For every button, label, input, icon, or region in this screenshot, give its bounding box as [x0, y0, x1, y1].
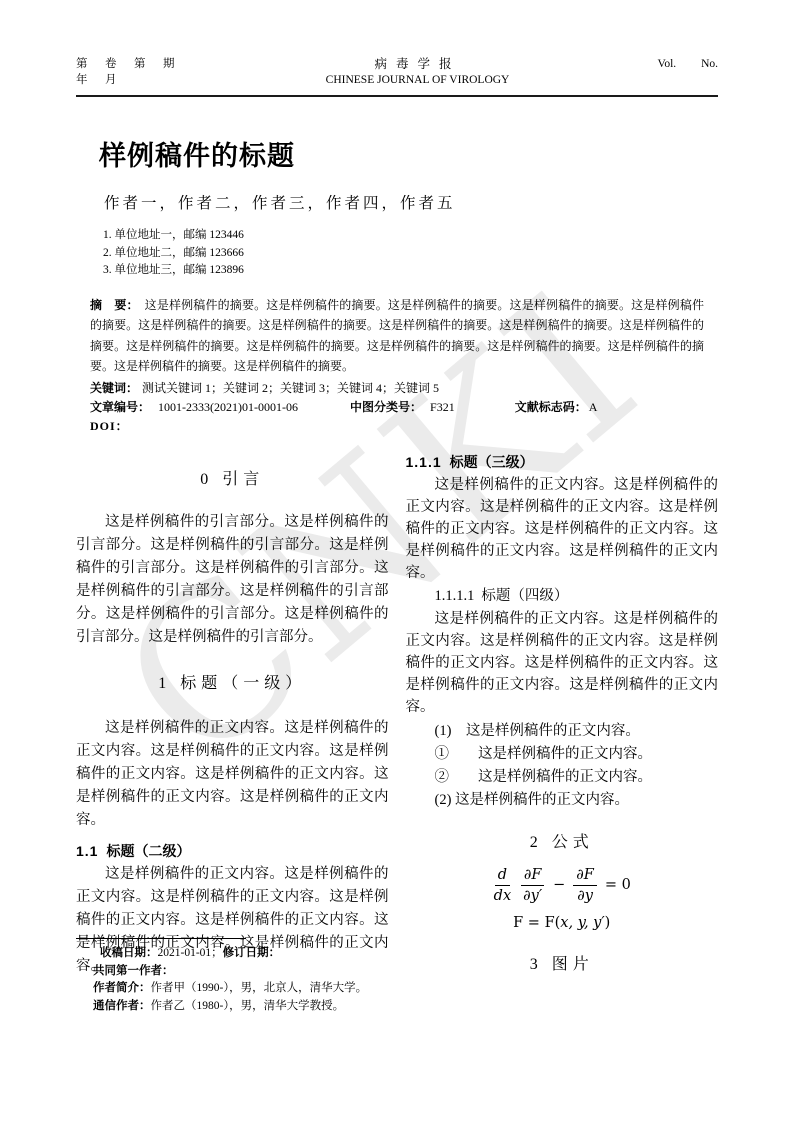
page-content: 第 卷 第 期 年 月 病毒学报 CHINESE JOURNAL OF VIRO…	[0, 0, 794, 978]
keywords-label: 关键词：	[90, 381, 138, 395]
fraction-dF-dyprime: ∂F∂y′	[520, 867, 545, 904]
abstract-label: 摘 要：	[90, 298, 139, 312]
denominator: dx	[491, 886, 514, 904]
list-item-2: (2) 这是样例稿件的正文内容。	[406, 789, 719, 812]
received-date-label: 收稿日期：	[100, 947, 158, 959]
author-bio-line: 作者简介：作者甲（1990-），男，北京人，清华大学。	[76, 980, 718, 998]
minus-operator: −	[553, 877, 565, 893]
section-heading-level1: 1标题（一级）	[76, 674, 389, 694]
received-date-line: 收稿日期：2021-01-01；修订日期：	[76, 945, 718, 963]
section-title: 标题（三级）	[450, 454, 534, 470]
section-title: 公式	[552, 834, 594, 851]
section-number: 1.1	[76, 843, 98, 859]
body-paragraph: 这是样例稿件的正文内容。这是样例稿件的正文内容。这是样例稿件的正文内容。这是样例…	[406, 608, 719, 718]
article-number-label: 文章编号：	[90, 400, 150, 414]
formula-prefix: F = F(	[513, 915, 560, 931]
list-item-1: (1) 这是样例稿件的正文内容。	[406, 720, 719, 743]
article-meta: 文章编号：1001-2333(2021)01-0001-06中图分类号：F321…	[90, 398, 704, 417]
formula-suffix: )	[605, 915, 611, 931]
affiliation-3: 3. 单位地址三，邮编 123896	[103, 262, 718, 280]
fraction-d-dx: ddx	[491, 867, 514, 904]
section-title: 标题（二级）	[106, 843, 190, 859]
denominator: ∂y	[574, 886, 596, 904]
equation-euler-lagrange: ddx ∂F∂y′ − ∂F∂y = 0	[406, 867, 719, 904]
section-heading-level2: 1.1标题（二级）	[76, 841, 389, 862]
right-column: 1.1.1标题（三级） 这是样例稿件的正文内容。这是样例稿件的正文内容。这是样例…	[406, 452, 719, 978]
doi-label: DOI：	[90, 419, 129, 433]
two-column-body: 0引言 这是样例稿件的引言部分。这是样例稿件的引言部分。这是样例稿件的引言部分。…	[76, 452, 718, 978]
left-column: 0引言 这是样例稿件的引言部分。这是样例稿件的引言部分。这是样例稿件的引言部分。…	[76, 452, 389, 978]
formula-variables: x, y, y′	[560, 915, 604, 931]
section-number: 1	[158, 675, 166, 692]
abstract: 摘 要：这是样例稿件的摘要。这是样例稿件的摘要。这是样例稿件的摘要。这是样例稿件…	[90, 295, 704, 377]
section-heading-formulas: 2公式	[406, 833, 719, 853]
section-title: 标题（四级）	[481, 588, 568, 604]
section-number: 1.1.1.1	[435, 588, 475, 604]
keywords-text: 测试关键词 1；关键词 2；关键词 3；关键词 4；关键词 5	[142, 381, 439, 395]
affiliations: 1. 单位地址一，邮编 123446 2. 单位地址二，邮编 123666 3.…	[103, 227, 718, 280]
doc-code-value: A	[589, 400, 598, 414]
section-heading-level4: 1.1.1.1标题（四级）	[406, 585, 719, 607]
date-line: 年 月	[76, 72, 178, 88]
footnote-block: 收稿日期：2021-01-01；修订日期： 共同第一作者： 作者简介：作者甲（1…	[76, 938, 718, 1015]
section-number: 0	[200, 471, 208, 488]
keywords: 关键词：测试关键词 1；关键词 2；关键词 3；关键词 4；关键词 5	[90, 378, 704, 398]
vol-label: Vol.	[658, 56, 677, 72]
corresponding-author-label: 通信作者：	[93, 1000, 151, 1012]
fraction-dF-dy: ∂F∂y	[573, 867, 597, 904]
issue-line: 第 卷 第 期	[76, 56, 178, 72]
numerator: d	[495, 867, 510, 886]
affiliation-2: 2. 单位地址二，邮编 123666	[103, 245, 718, 263]
denominator: ∂y′	[520, 886, 545, 904]
corresponding-author-line: 通信作者：作者乙（1980-），男，清华大学教授。	[76, 998, 718, 1016]
no-label: No.	[701, 56, 718, 72]
doc-code-group: 文献标志码：A	[515, 400, 598, 414]
doi-line: DOI：	[90, 417, 704, 436]
section-number: 2	[530, 834, 538, 851]
introduction-paragraph: 这是样例稿件的引言部分。这是样例稿件的引言部分。这是样例稿件的引言部分。这是样例…	[76, 511, 389, 649]
co-first-author-label: 共同第一作者：	[93, 965, 174, 977]
section-title: 引言	[222, 471, 264, 488]
equation-F-definition: F = F(x, y, y′)	[406, 912, 719, 934]
numbered-list: (1) 这是样例稿件的正文内容。 ① 这是样例稿件的正文内容。 ② 这是样例稿件…	[406, 720, 719, 812]
volume-block: Vol. No.	[658, 56, 718, 72]
list-item-circled-1: ① 这是样例稿件的正文内容。	[406, 743, 719, 766]
journal-title-en: CHINESE JOURNAL OF VIROLOGY	[326, 72, 510, 88]
article-title: 样例稿件的标题	[99, 141, 718, 171]
journal-running-head: 第 卷 第 期 年 月 病毒学报 CHINESE JOURNAL OF VIRO…	[76, 56, 718, 97]
section-heading-introduction: 0引言	[76, 470, 389, 490]
list-item-circled-2: ② 这是样例稿件的正文内容。	[406, 766, 719, 789]
body-paragraph: 这是样例稿件的正文内容。这是样例稿件的正文内容。这是样例稿件的正文内容。这是样例…	[76, 717, 389, 832]
numerator: ∂F	[521, 867, 545, 886]
footnote-rule	[76, 938, 246, 939]
section-number: 1.1.1	[406, 454, 442, 470]
clc-label: 中图分类号：	[350, 400, 422, 414]
journal-title-cn: 病毒学报	[326, 56, 510, 72]
clc-group: 中图分类号：F321	[350, 400, 455, 414]
section-heading-level3: 1.1.1标题（三级）	[406, 452, 719, 473]
revised-date-label: 修订日期：	[223, 947, 281, 959]
author-bio-text: 作者甲（1990-），男，北京人，清华大学。	[151, 982, 368, 994]
paper-page: CNKI 第 卷 第 期 年 月 病毒学报 CHINESE JOURNAL OF…	[0, 0, 794, 1123]
numerator: ∂F	[573, 867, 597, 886]
corresponding-author-text: 作者乙（1980-），男，清华大学教授。	[151, 1000, 345, 1012]
received-date-value: 2021-01-01；	[158, 947, 223, 959]
equals-zero: = 0	[605, 877, 631, 893]
authors-line: 作者一，作者二，作者三，作者四，作者五	[104, 191, 718, 213]
author-bio-label: 作者简介：	[93, 982, 151, 994]
section-title: 标题（一级）	[180, 675, 306, 692]
co-first-author-line: 共同第一作者：	[76, 963, 718, 981]
affiliation-1: 1. 单位地址一，邮编 123446	[103, 227, 718, 245]
article-number-value: 1001-2333(2021)01-0001-06	[158, 400, 298, 414]
journal-title-block: 病毒学报 CHINESE JOURNAL OF VIROLOGY	[326, 56, 510, 88]
body-paragraph: 这是样例稿件的正文内容。这是样例稿件的正文内容。这是样例稿件的正文内容。这是样例…	[406, 474, 719, 584]
article-number-group: 文章编号：1001-2333(2021)01-0001-06	[90, 400, 298, 414]
abstract-text: 这是样例稿件的摘要。这是样例稿件的摘要。这是样例稿件的摘要。这是样例稿件的摘要。…	[90, 298, 704, 374]
issue-block: 第 卷 第 期 年 月	[76, 56, 178, 88]
clc-value: F321	[430, 400, 455, 414]
doc-code-label: 文献标志码：	[515, 400, 587, 414]
